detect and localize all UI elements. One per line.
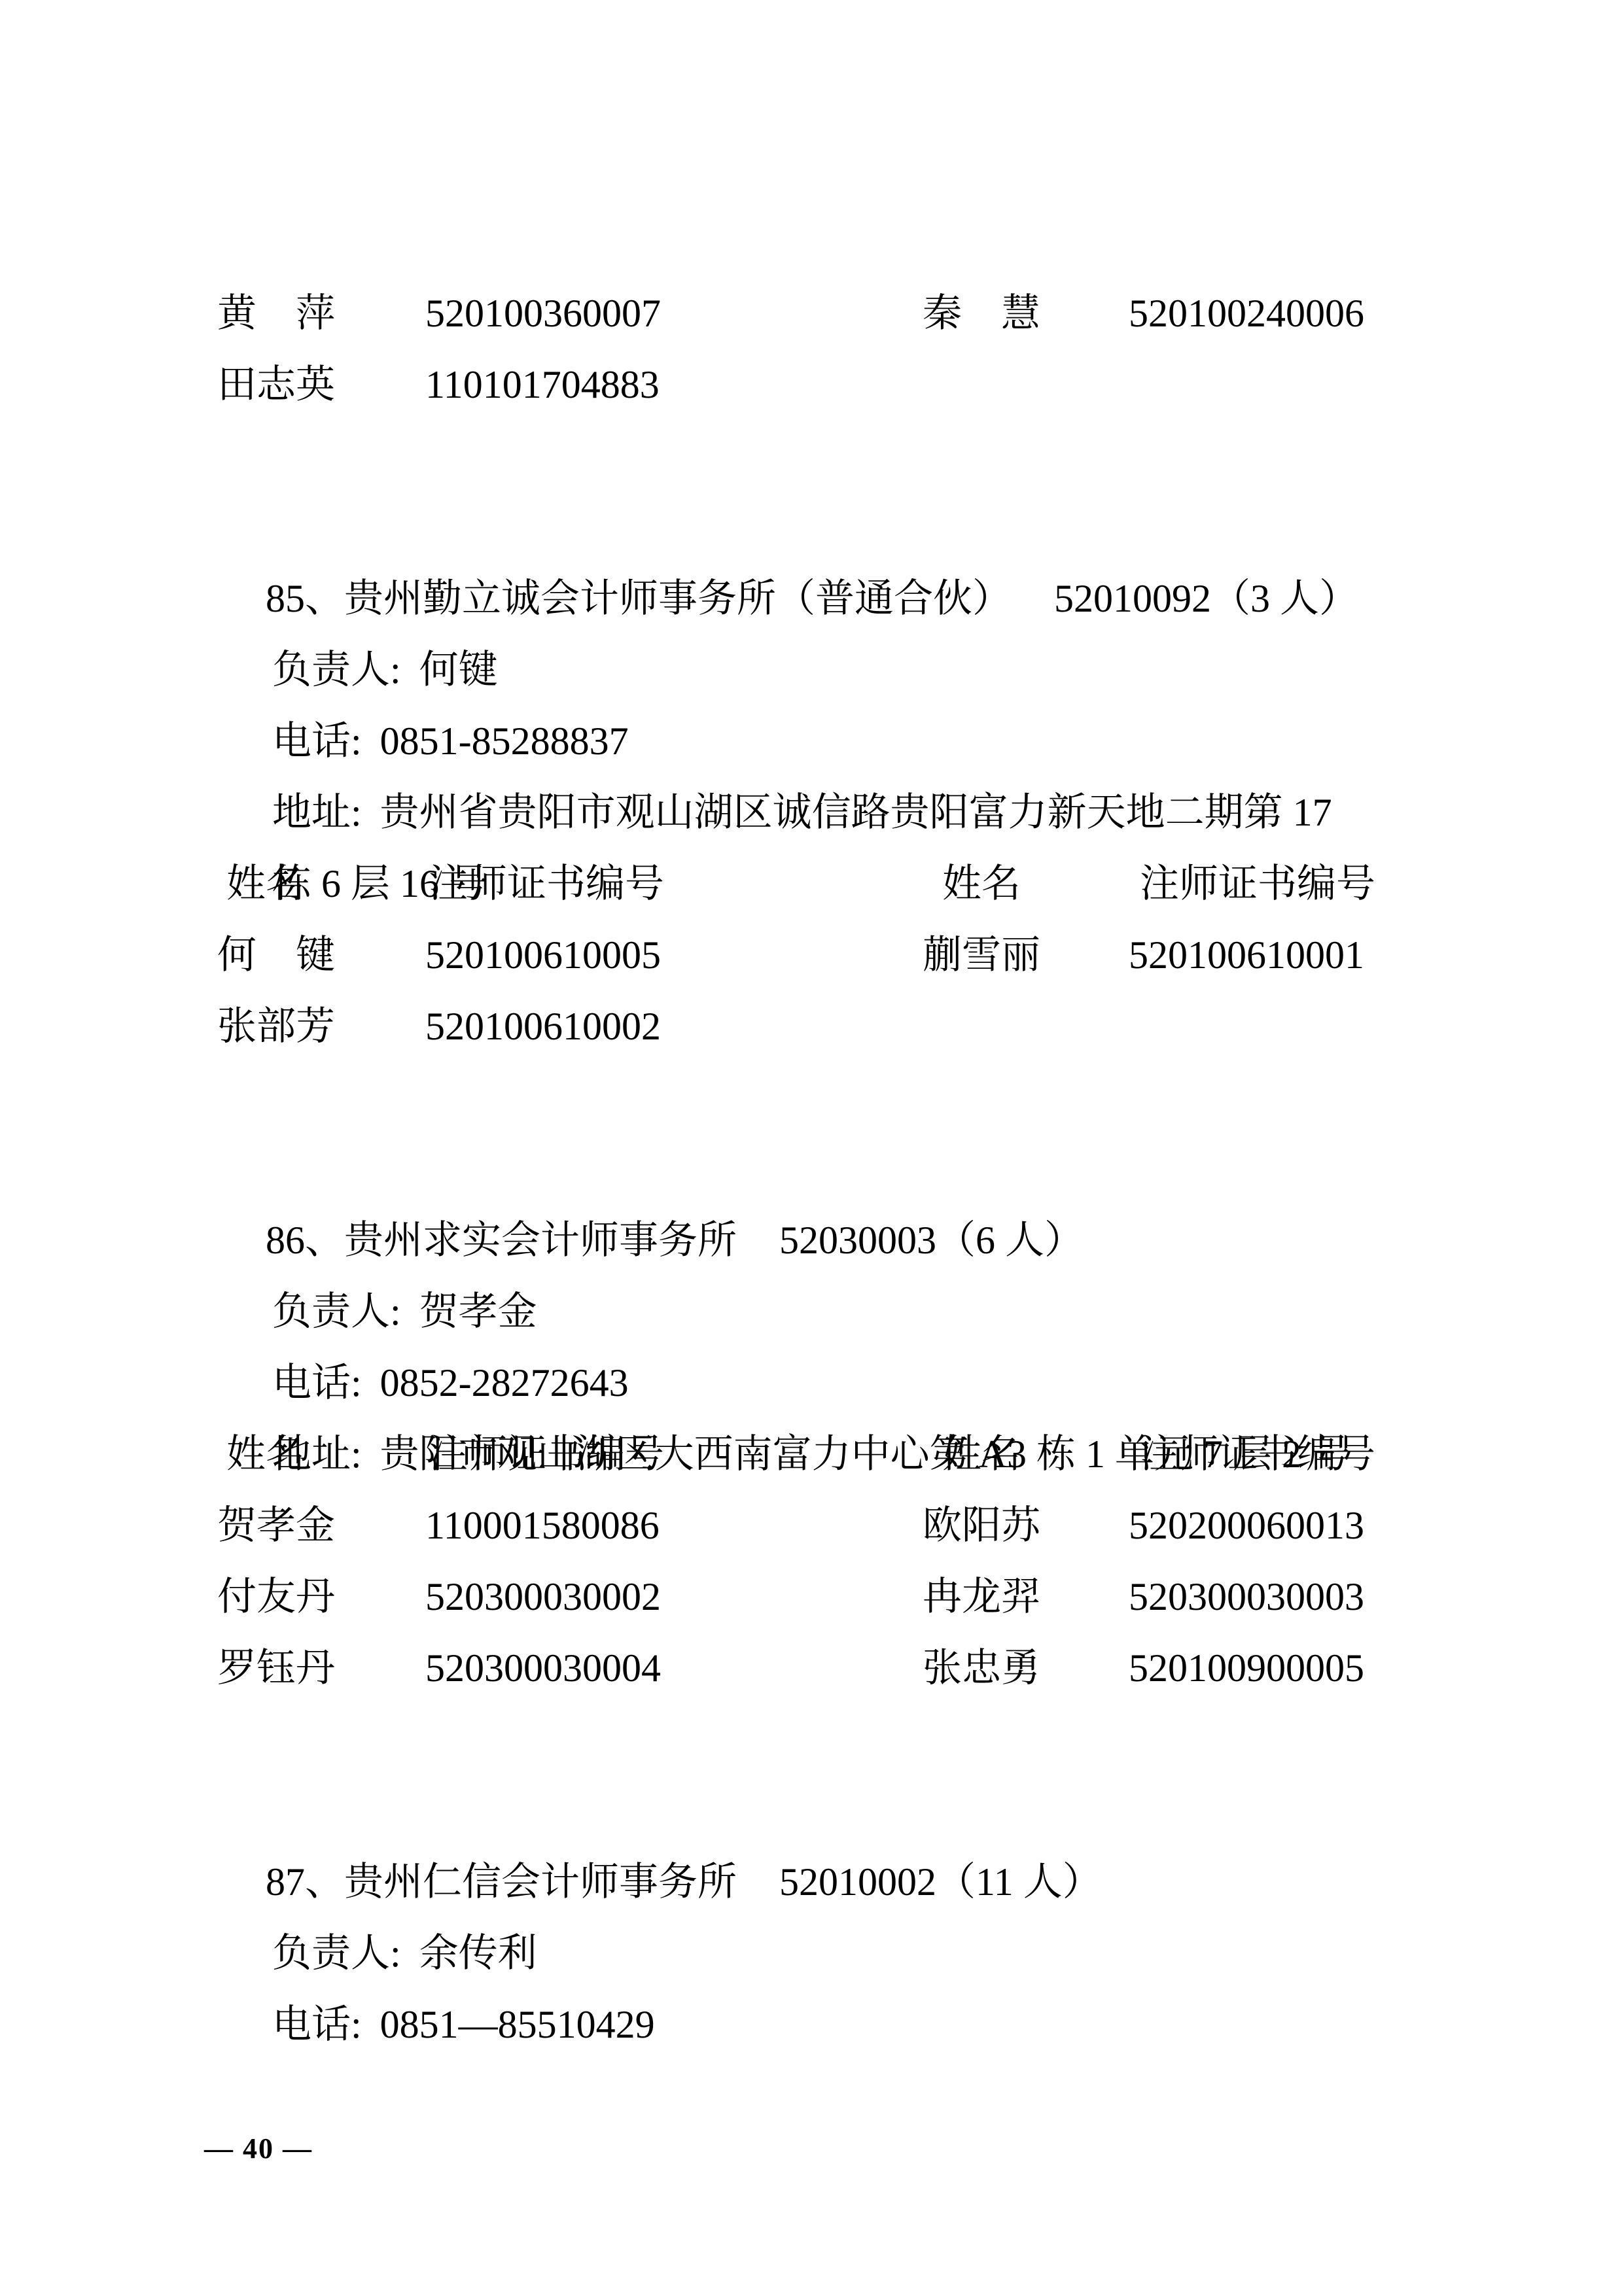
member-row: 田志英 110101704883 [203, 349, 1472, 421]
member-row: 黄 萍 520100360007 秦 慧 520100240006 [203, 278, 1472, 349]
phone-label: 电话: [272, 2003, 362, 2046]
cert-column-header: 注师证书编号 [429, 848, 664, 920]
blank-line [203, 1062, 1472, 1134]
member-name: 何 键 [217, 920, 335, 991]
member-cert-number: 110101704883 [425, 349, 660, 421]
firm-phone-line: 电话:0851-85288837 [203, 635, 1472, 706]
member-cert-number: 520100610005 [425, 920, 661, 991]
firm-manager-line: 负责人:贺孝金 [203, 1205, 1472, 1276]
member-cert-number: 520100610002 [425, 991, 661, 1062]
member-name: 田志英 [217, 349, 335, 421]
cert-column-header: 注师证书编号 [429, 1419, 664, 1490]
firm-address-line: 地址:贵州省贵阳市观山湖区诚信路贵阳富力新天地二期第 17 [203, 706, 1472, 777]
member-name: 张忠勇 [923, 1633, 1040, 1704]
member-row: 贺孝金 110001580086 欧阳苏 520200060013 [203, 1490, 1472, 1561]
firm-heading: 87、贵州仁信会计师事务所52010002（11 人） [203, 1775, 1472, 1847]
member-name: 欧阳苏 [923, 1490, 1040, 1561]
member-row: 何 键 520100610005 蒯雪丽 520100610001 [203, 920, 1472, 991]
blank-line [203, 421, 1472, 492]
member-cert-number: 520100360007 [425, 278, 661, 349]
firm-address-line-continued: 栋 6 层 16 号 [203, 777, 1472, 848]
firm-heading: 85、贵州勤立诚会计师事务所（普通合伙）52010092（3 人） [203, 492, 1472, 563]
firm-address-line: 地址:贵阳市观山湖区大西南富力中心第 A3 栋 1 单元 7 层 2 号 [203, 1348, 1472, 1419]
member-name: 秦 慧 [923, 278, 1040, 349]
member-cert-number: 520100610001 [1129, 920, 1364, 991]
name-column-header: 姓名 [226, 848, 305, 920]
member-row: 付友丹 520300030002 冉龙羿 520300030003 [203, 1561, 1472, 1633]
page-number-footer: — 40 — [204, 2131, 313, 2166]
member-table-header: 姓名 注师证书编号 姓名 注师证书编号 [203, 1419, 1472, 1490]
member-cert-number: 520100240006 [1129, 278, 1364, 349]
member-cert-number: 520100900005 [1129, 1633, 1364, 1704]
firm-phone-line: 电话:0851—85510429 [203, 1918, 1472, 1989]
firm-manager-line: 负责人:何键 [203, 563, 1472, 635]
member-name: 罗钰丹 [217, 1633, 335, 1704]
name-column-header: 姓名 [226, 1419, 305, 1490]
member-row: 罗钰丹 520300030004 张忠勇 520100900005 [203, 1633, 1472, 1704]
cert-column-header: 注师证书编号 [1140, 848, 1375, 920]
phone-number: 0851—85510429 [380, 2003, 655, 2046]
member-table-header: 姓名 注师证书编号 姓名 注师证书编号 [203, 848, 1472, 920]
page-content: 黄 萍 520100360007 秦 慧 520100240006 田志英 11… [203, 278, 1472, 1989]
firm-phone-line: 电话:0852-28272643 [203, 1276, 1472, 1348]
member-cert-number: 520300030003 [1129, 1561, 1364, 1633]
member-name: 黄 萍 [217, 278, 335, 349]
firm-heading: 86、贵州求实会计师事务所52030003（6 人） [203, 1134, 1472, 1205]
member-name: 贺孝金 [217, 1490, 335, 1561]
member-cert-number: 520300030002 [425, 1561, 661, 1633]
firm-manager-line: 负责人:余传利 [203, 1847, 1472, 1918]
member-name: 冉龙羿 [923, 1561, 1040, 1633]
document-page: 黄 萍 520100360007 秦 慧 520100240006 田志英 11… [0, 0, 1624, 2296]
name-column-header: 姓名 [942, 1419, 1021, 1490]
member-name: 付友丹 [217, 1561, 335, 1633]
cert-column-header: 注师证书编号 [1140, 1419, 1375, 1490]
member-row: 张部芳 520100610002 [203, 991, 1472, 1062]
blank-line [203, 1704, 1472, 1775]
member-cert-number: 520200060013 [1129, 1490, 1364, 1561]
member-cert-number: 110001580086 [425, 1490, 660, 1561]
member-name: 张部芳 [217, 991, 335, 1062]
member-name: 蒯雪丽 [923, 920, 1040, 991]
member-cert-number: 520300030004 [425, 1633, 661, 1704]
name-column-header: 姓名 [942, 848, 1021, 920]
